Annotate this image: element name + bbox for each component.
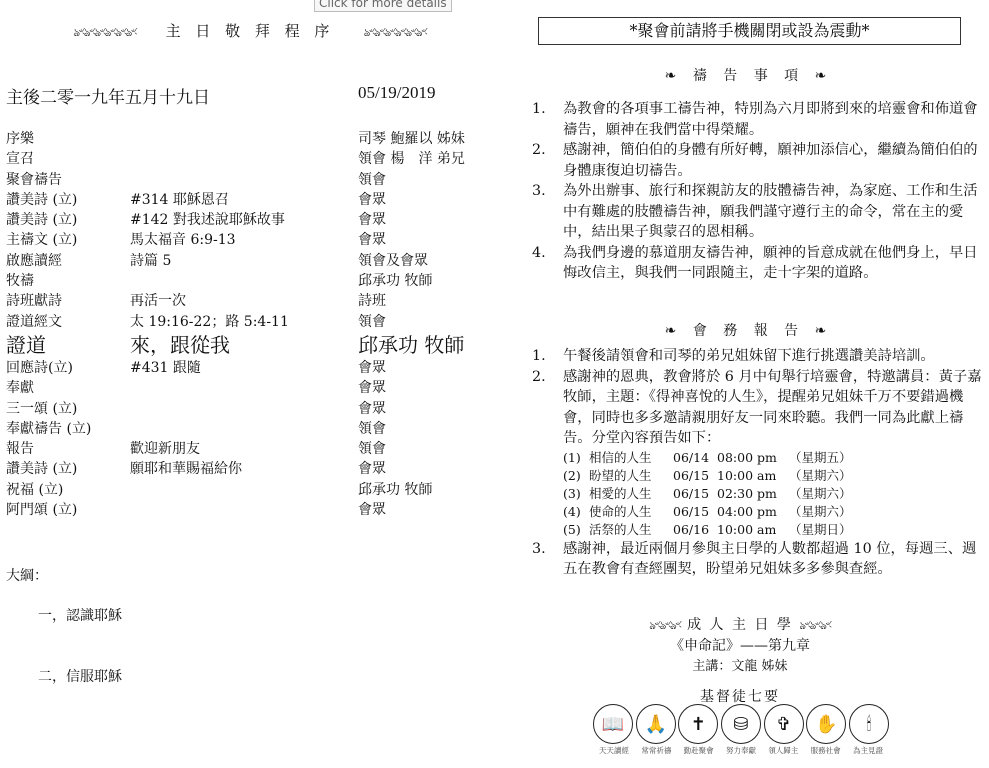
date-numeric: 05/19/2019 — [358, 83, 435, 103]
announcements-title: 會 務 報 告 — [693, 323, 804, 339]
witness-icon: 🕯 — [849, 704, 889, 744]
program-leader: 詩班 — [358, 291, 386, 311]
outline-point: 一，認識耶穌 — [38, 605, 122, 625]
program-leader: 領會 — [358, 312, 386, 332]
worship-order-heading: ঌৼঌৼঌৼঌৼঌৼঌৼ 主 日 敬 拜 程 序 ঌৼঌৼঌৼঌৼঌৼঌৼ — [0, 20, 500, 43]
seven-essentials-icons: 📖 🙏 ✝ ⛁ ✞ ✋ 🕯 — [593, 704, 889, 744]
announcements-heading: ❧ 會 務 報 告 ❧ — [538, 320, 959, 340]
program-leader: 會眾 — [358, 399, 386, 419]
ornament-left: ঌৼঌৼঌৼঌৼঌৼঌৼ — [74, 26, 137, 39]
icon-label: 勤赴聚會 — [678, 745, 720, 756]
program-content: 再活一次 — [130, 291, 186, 311]
session-time: 04:00 pm — [717, 503, 789, 521]
session-row: (2)盼望的人生06/1510:00 am（星期六） — [532, 467, 984, 485]
icon-label: 天天讀經 — [593, 745, 635, 756]
program-leader: 會眾 — [358, 358, 386, 378]
prayer-item: 2.感謝神，簡伯伯的身體有所好轉，願神加添信心，繼續為簡伯伯的身體康復迫切禱告。 — [532, 140, 984, 181]
item-text: 感謝神的恩典，教會將於 6 月中旬舉行培靈會，特邀講員：黃子嘉牧師，主題：《得神… — [563, 369, 982, 447]
program-leader: 會眾 — [358, 459, 386, 479]
program-content: 願耶和華賜福給你 — [130, 459, 242, 479]
outline-title: 大綱： — [6, 565, 48, 585]
program-content: 詩篇 5 — [130, 251, 171, 271]
icon-label: 服務社會 — [805, 745, 847, 756]
program-item: 啟應讀經 — [6, 251, 62, 271]
program-item: 牧禱 — [6, 271, 34, 291]
phone-notice-box: *聚會前請將手機關閉或設為震動* — [538, 17, 961, 45]
session-title: 使命的人生 — [589, 503, 673, 521]
session-row: (4)使命的人生06/1504:00 pm（星期六） — [532, 503, 984, 521]
session-day: （星期五） — [789, 449, 852, 467]
session-day: （星期六） — [789, 485, 852, 503]
item-number: 2. — [532, 367, 546, 388]
program-row: 聚會禱告領會 — [6, 170, 496, 190]
gathering-icon: ✝ — [678, 704, 718, 744]
session-number: (2) — [563, 467, 589, 485]
program-item: 序樂 — [6, 129, 34, 149]
program-leader: 領會及會眾 — [358, 251, 428, 271]
seven-essentials-title: 基督徒七要 — [590, 686, 890, 706]
program-content: 馬太福音 6:9-13 — [130, 230, 236, 250]
sermon-row: 證道來，跟從我邱承功 牧師 — [6, 332, 496, 358]
program-item: 主禱文 (立) — [6, 230, 77, 250]
item-number: 1. — [532, 346, 546, 367]
program-row: 奉獻禱告 (立)領會 — [6, 419, 496, 439]
program-row: 牧禱邱承功 牧師 — [6, 271, 496, 291]
program-leader: 領會 — [358, 419, 386, 439]
preacher: 邱承功 牧師 — [358, 332, 464, 358]
prayer-item: 1.為教會的各項事工禱告神，特別為六月即將到來的培靈會和佈道會禱告，願神在我們當… — [532, 99, 984, 140]
program-leader: 會眾 — [358, 210, 386, 230]
program-item: 證道 — [6, 332, 46, 358]
session-day: （星期日） — [789, 521, 852, 539]
program-leader: 領會 楊 洋 弟兄 — [358, 149, 465, 169]
sermon-title: 來，跟從我 — [130, 332, 230, 358]
program-row: 啟應讀經詩篇 5領會及會眾 — [6, 251, 496, 271]
program-leader: 司琴 鮑羅以 姊妹 — [358, 129, 465, 149]
session-number: (4) — [563, 503, 589, 521]
program-item: 阿門頌 (立) — [6, 500, 77, 520]
offering-icon: ⛁ — [721, 704, 761, 744]
prayer-item: 3.為外出辦事、旅行和探親訪友的肢體禱告神，為家庭、工作和生活中有難處的肢體禱告… — [532, 181, 984, 243]
prayer-title: 禱 告 事 項 — [693, 68, 804, 84]
ornament-icon: ❧ — [815, 68, 833, 84]
session-time: 10:00 am — [717, 521, 789, 539]
session-date: 06/15 — [673, 467, 717, 485]
icon-label: 努力奉獻 — [720, 745, 762, 756]
program-row: 讚美詩 (立)#314 耶穌恩召會眾 — [6, 190, 496, 210]
session-time: 08:00 pm — [717, 449, 789, 467]
session-date: 06/15 — [673, 485, 717, 503]
evangelism-icon: ✞ — [764, 704, 804, 744]
program-content: 太 19:16-22；路 5:4-11 — [130, 312, 289, 332]
program-row: 序樂司琴 鮑羅以 姊妹 — [6, 129, 496, 149]
outline-point: 二，信服耶穌 — [38, 666, 122, 686]
session-row: (3)相愛的人生06/1502:30 pm（星期六） — [532, 485, 984, 503]
program-row: 奉獻會眾 — [6, 378, 496, 398]
worship-order-title: 主 日 敬 拜 程 序 — [166, 22, 335, 40]
program-row: 回應詩(立)#431 跟隨會眾 — [6, 358, 496, 378]
program-item: 聚會禱告 — [6, 170, 62, 190]
seven-essentials-labels: 天天讀經 常常祈禱 勤赴聚會 努力奉獻 領人歸主 服務社會 為主見證 — [593, 745, 889, 756]
program-leader: 會眾 — [358, 190, 386, 210]
program-item: 奉獻 — [6, 378, 34, 398]
sunday-school-title: 成 人 主 日 學 — [687, 617, 793, 633]
ornament-right: ঌৼঌৼঌৼঌৼঌৼঌৼ — [364, 26, 427, 39]
program-content: #142 對我述說耶穌故事 — [130, 210, 285, 230]
session-title: 相信的人生 — [589, 449, 673, 467]
session-row: (5)活祭的人生06/1610:00 am（星期日） — [532, 521, 984, 539]
item-text: 感謝神，最近兩個月參與主日學的人數都超過 10 位，每週三、週五在教會有查經團契… — [563, 541, 976, 578]
program-row: 詩班獻詩再活一次詩班 — [6, 291, 496, 311]
item-number: 4. — [532, 243, 546, 264]
session-title: 盼望的人生 — [589, 467, 673, 485]
item-text: 感謝神，簡伯伯的身體有所好轉，願神加添信心，繼續為簡伯伯的身體康復迫切禱告。 — [563, 142, 978, 179]
session-time: 10:00 am — [717, 467, 789, 485]
prayer-heading: ❧ 禱 告 事 項 ❧ — [538, 65, 959, 85]
sunday-school-book: 《申命記》——第九章 — [590, 635, 890, 655]
praying-icon: 🙏 — [636, 704, 676, 744]
item-text: 為外出辦事、旅行和探親訪友的肢體禱告神，為家庭、工作和生活中有難處的肢體禱告神，… — [563, 183, 978, 240]
session-date: 06/14 — [673, 449, 717, 467]
program-row: 讚美詩 (立)願耶和華賜福給你會眾 — [6, 459, 496, 479]
announcement-item: 3.感謝神，最近兩個月參與主日學的人數都超過 10 位，每週三、週五在教會有查經… — [532, 539, 984, 580]
program-content: 歡迎新朋友 — [130, 439, 200, 459]
announcement-item: 2.感謝神的恩典，教會將於 6 月中旬舉行培靈會，特邀講員：黃子嘉牧師，主題：《… — [532, 367, 984, 449]
item-number: 1. — [532, 99, 546, 120]
program-item: 報告 — [6, 439, 34, 459]
item-number: 3. — [532, 539, 546, 560]
prayer-list: 1.為教會的各項事工禱告神，特別為六月即將到來的培靈會和佈道會禱告，願神在我們當… — [532, 99, 984, 284]
announcement-item: 1.午餐後請領會和司琴的弟兄姐妹留下進行挑選讚美詩培訓。 — [532, 346, 984, 367]
session-number: (5) — [563, 521, 589, 539]
session-date: 06/16 — [673, 521, 717, 539]
service-icon: ✋ — [806, 704, 846, 744]
program-leader: 領會 — [358, 170, 386, 190]
program-row: 證道經文太 19:16-22；路 5:4-11領會 — [6, 312, 496, 332]
program-item: 讚美詩 (立) — [6, 190, 77, 210]
sunday-school-heading: ঌৼঌৼঌৼ 成 人 主 日 學 ঌৼঌৼঌৼ — [590, 614, 890, 636]
program-item: 祝福 (立) — [6, 480, 63, 500]
date-chinese: 主後二零一九年五月十九日 — [6, 83, 210, 108]
ornament-icon: ❧ — [815, 323, 833, 339]
program-leader: 會眾 — [358, 500, 386, 520]
reading-icon: 📖 — [593, 704, 633, 744]
program-content: #314 耶穌恩召 — [130, 190, 229, 210]
program-item: 證道經文 — [6, 312, 62, 332]
session-title: 相愛的人生 — [589, 485, 673, 503]
session-day: （星期六） — [789, 467, 852, 485]
more-details-tooltip[interactable]: Click for more details — [314, 0, 452, 12]
session-title: 活祭的人生 — [589, 521, 673, 539]
program-leader: 領會 — [358, 439, 386, 459]
item-number: 2. — [532, 140, 546, 161]
program-item: 讚美詩 (立) — [6, 459, 77, 479]
program-item: 三一頌 (立) — [6, 399, 77, 419]
program-item: 詩班獻詩 — [6, 291, 62, 311]
icon-label: 領人歸主 — [762, 745, 804, 756]
program-item: 奉獻禱告 (立) — [6, 419, 91, 439]
program-leader: 邱承功 牧師 — [358, 271, 432, 291]
ornament-left: ঌৼঌৼঌৼ — [649, 619, 680, 632]
program-leader: 邱承功 牧師 — [358, 480, 432, 500]
session-day: （星期六） — [789, 503, 852, 521]
program-leader: 會眾 — [358, 378, 386, 398]
session-date: 06/15 — [673, 503, 717, 521]
icon-label: 為主見證 — [847, 745, 889, 756]
program-content: #431 跟隨 — [130, 358, 201, 378]
icon-label: 常常祈禱 — [635, 745, 677, 756]
item-text: 午餐後請領會和司琴的弟兄姐妹留下進行挑選讚美詩培訓。 — [563, 348, 935, 364]
session-time: 02:30 pm — [717, 485, 789, 503]
program-row: 三一頌 (立)會眾 — [6, 399, 496, 419]
session-number: (1) — [563, 449, 589, 467]
program-row: 主禱文 (立)馬太福音 6:9-13會眾 — [6, 230, 496, 250]
program-row: 宣召領會 楊 洋 弟兄 — [6, 149, 496, 169]
prayer-item: 4.為我們身邊的慕道朋友禱告神，願神的旨意成就在他們身上，早日悔改信主，與我們一… — [532, 243, 984, 284]
sunday-school-speaker: 主講：文龍 姊妹 — [590, 655, 890, 674]
ornament-icon: ❧ — [665, 323, 683, 339]
announcements-list: 1.午餐後請領會和司琴的弟兄姐妹留下進行挑選讚美詩培訓。 2.感謝神的恩典，教會… — [532, 346, 984, 580]
program-row: 祝福 (立)邱承功 牧師 — [6, 480, 496, 500]
program-item: 宣召 — [6, 149, 34, 169]
item-text: 為教會的各項事工禱告神，特別為六月即將到來的培靈會和佈道會禱告，願神在我們當中得… — [563, 101, 978, 138]
program-row: 阿門頌 (立)會眾 — [6, 500, 496, 520]
program-row: 讚美詩 (立)#142 對我述說耶穌故事會眾 — [6, 210, 496, 230]
item-number: 3. — [532, 181, 546, 202]
ornament-right: ঌৼঌৼঌৼ — [799, 619, 830, 632]
session-row: (1)相信的人生06/1408:00 pm（星期五） — [532, 449, 984, 467]
session-number: (3) — [563, 485, 589, 503]
ornament-icon: ❧ — [665, 68, 683, 84]
program-leader: 會眾 — [358, 230, 386, 250]
program-item: 回應詩(立) — [6, 358, 73, 378]
program-row: 報告歡迎新朋友領會 — [6, 439, 496, 459]
program-table: 序樂司琴 鮑羅以 姊妹 宣召領會 楊 洋 弟兄 聚會禱告領會 讚美詩 (立)#3… — [6, 129, 496, 520]
program-item: 讚美詩 (立) — [6, 210, 77, 230]
item-text: 為我們身邊的慕道朋友禱告神，願神的旨意成就在他們身上，早日悔改信主，與我們一同跟… — [563, 245, 978, 282]
